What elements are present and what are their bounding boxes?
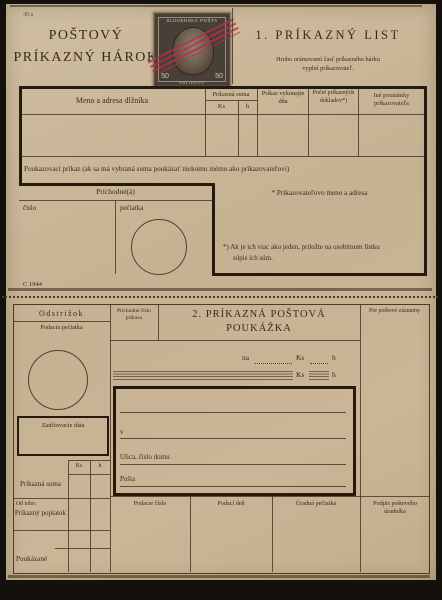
bottom-form-postova-poukazka: Odstrižok Podacia pečiatka Zaúčtovacie d… [10,300,434,578]
address-post-office-label: Pošta [120,475,135,483]
address-street-label: Ulica, číslo domu [120,453,170,461]
stamp-currency-text: HALIEROV [154,81,230,85]
official-stamp-cell-label: Úradná pečiatka [272,500,360,507]
divider [272,496,273,572]
perforation-line [2,296,438,298]
divider [90,460,91,572]
instruction-line2: vyplní príkazovateľ. [235,65,421,72]
bold-frame-top [19,86,427,89]
remittance-order-note: Poukazovací príkaz (ak sa má vybraná sum… [24,165,289,173]
amount-na-label: na [242,354,249,363]
divider [68,460,69,572]
footnote-line2: súpis ich súm. [233,254,273,262]
divider [190,496,191,572]
divider [13,321,110,322]
divider [68,460,110,461]
divider [120,486,346,487]
divider [360,304,361,572]
row-label-order-fee: Príkazný poplatok [13,509,68,519]
posting-stamp-circle [28,350,88,410]
divider [13,498,110,499]
bold-frame-bottom-right [212,273,427,276]
posting-day-cell-label: Podací deň [190,500,272,507]
divider [110,340,360,341]
arrival-stamp-circle [131,219,187,275]
money-order-title-line1: 2. PRÍKAZNÁ POŠTOVÁ [158,309,360,321]
posting-stamp-label: Podacia pečiatka [13,324,110,331]
unit-ks-header: Ks [205,103,238,110]
divider [110,304,111,572]
slip-header: Odstrižok [13,309,110,318]
incoming-number-label: číslo [23,204,36,212]
divider [110,496,429,497]
divider [55,548,110,549]
incoming-order-number-label: Príchodné číslo príkazu [112,308,156,322]
amount-hatch-band [113,371,293,380]
orderer-name-address-header: * Príkazovateľovo meno a adresa [215,189,424,197]
divider [22,156,424,157]
column-header-sum: Príkazná suma [205,91,257,98]
postage-stamp: SLOVENSKÁ POŠTA 50 50 HALIEROV [153,12,231,87]
postal-records-header: Pre poštové záznamy [360,308,429,315]
divider [22,114,424,115]
bold-frame-bottom-left [19,183,215,186]
amount-ks-label2: Ks [296,371,304,380]
column-header-doc-count: Počet príkazných dokladov*) [309,90,358,105]
divider [358,89,359,156]
divider [120,412,346,413]
incoming-stamp-label: pečiatka [120,204,143,212]
instruction-line1: Hrubo orámovanú časť príkazného hárku [235,56,421,63]
divider [120,438,346,439]
accounting-data-box: Zaúčtovacie dáta [17,416,109,456]
header-divider [232,8,233,84]
clerk-signature-cell-label: Podpis poštového úradníka [362,500,428,516]
amount-h-label2: h [332,371,336,380]
divider [13,530,110,531]
top-form-prikazny-list: 30 a POŠTOVÝ PRÍKAZNÝ HÁROK SLOVENSKÁ PO… [7,6,435,294]
form-title-line1: POŠTOVÝ [21,28,151,44]
form-title-line2: PRÍKAZNÝ HÁROK [11,50,161,66]
recipient-address-box [113,386,356,496]
dotted-leader [255,363,292,364]
accounting-data-label: Zaúčtovacie dáta [19,422,107,429]
posting-number-cell-label: Podacie číslo [110,500,190,507]
amount-hatch-small [309,371,329,380]
amount-h-label: h [332,354,336,363]
stamp-country-text: SLOVENSKÁ POŠTA [154,18,230,23]
unit-h-header: h [238,103,257,110]
divider [120,464,346,465]
debtor-name-header: Meno a adresa dlžníka [19,96,205,105]
footnote-line1: *) Ak je ich viac ako jeden, priložte na… [223,243,380,251]
divider [68,474,110,475]
address-in-label: v [120,428,124,436]
bold-frame-right [424,86,427,276]
row-label-order-sum: Príkazná suma [13,480,68,490]
row-label-remitted: Poukázané [16,555,47,563]
unit-h-header: h [90,463,110,470]
incoming-header: Príchodné(á) [19,188,212,197]
money-order-title-line2: POUKÁŽKA [158,323,360,335]
column-header-other-notes: Iné poznámky príkazovateľa [360,92,423,108]
divider [115,200,116,274]
print-code: C 1944 [23,281,42,288]
section1-heading: 1. PRÍKAZNÝ LIST [235,28,421,42]
divider [205,100,257,101]
column-header-execute-date: Príkaz vykonajte dňa [258,90,308,106]
unit-ks-header: Ks [68,463,90,470]
scanned-postal-form: { "colors": { "paper": "#c6b292", "ink":… [0,0,442,600]
stamp-value-right: 50 [181,73,257,80]
row-label-of-that: Od toho: [16,501,36,508]
dotted-leader [310,363,328,364]
corner-mark: 30 a [23,12,33,19]
amount-ks-label: Ks [296,354,304,363]
